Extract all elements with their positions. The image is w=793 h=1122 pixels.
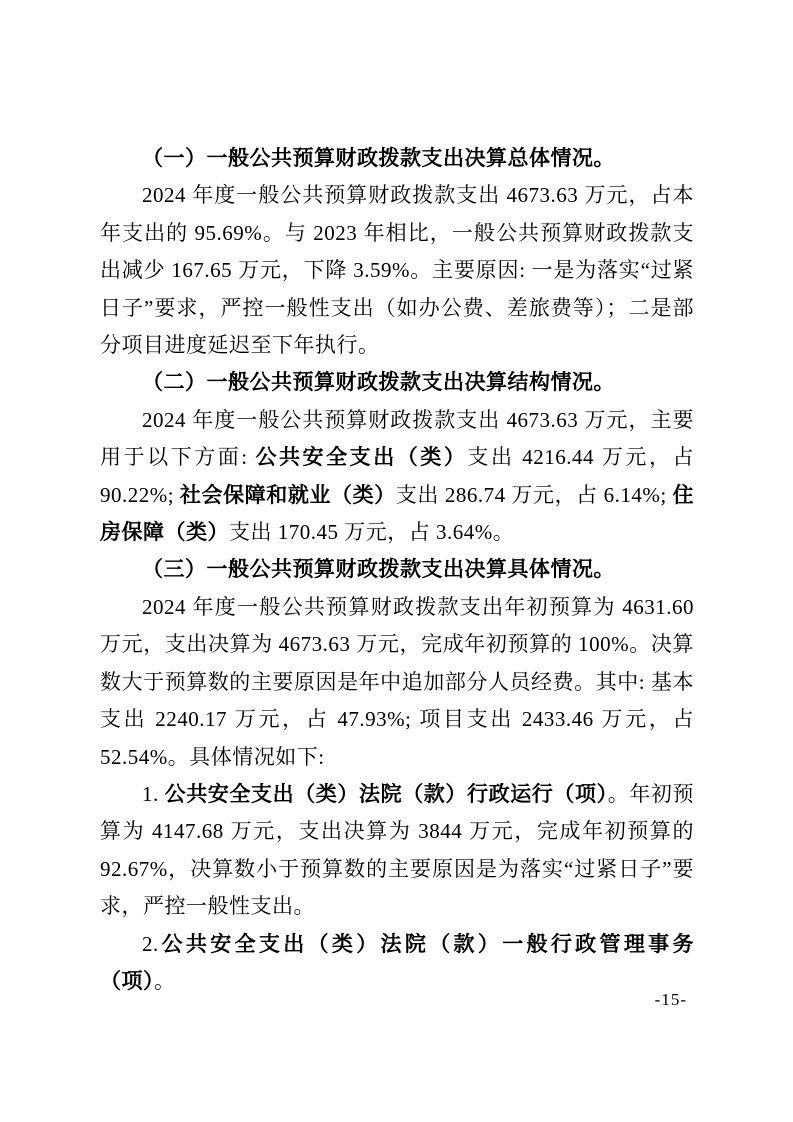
bold-text-run: （三）一般公共预算财政拨款支出决算具体情况。	[142, 558, 615, 581]
section-heading: （一）一般公共预算财政拨款支出决算总体情况。	[100, 140, 694, 177]
bold-text-run: 公共安全支出（类）法院（款）一般行政管理事务（项）	[100, 933, 694, 993]
bold-text-run: 公共安全支出（类）法院（款）行政运行（项）	[165, 783, 608, 806]
document-page: （一）一般公共预算财政拨款支出决算总体情况。2024 年度一般公共预算财政拨款支…	[0, 0, 793, 1122]
section-heading: （三）一般公共预算财政拨款支出决算具体情况。	[100, 551, 694, 588]
text-run: 2024 年度一般公共预算财政拨款支出年初预算为 4631.60 万元，支出决算…	[100, 595, 694, 769]
body-paragraph: 2024 年度一般公共预算财政拨款支出年初预算为 4631.60 万元，支出决算…	[100, 589, 694, 776]
bold-text-run: 社会保障和就业（类）	[180, 484, 396, 507]
bold-text-run: （二）一般公共预算财政拨款支出决算结构情况。	[142, 371, 615, 394]
section-heading: （二）一般公共预算财政拨款支出决算结构情况。	[100, 364, 694, 401]
text-run: 1.	[142, 782, 165, 806]
text-run: 2024 年度一般公共预算财政拨款支出 4673.63 万元，占本年支出的 95…	[100, 183, 694, 357]
body-paragraph: 2.公共安全支出（类）法院（款）一般行政管理事务（项）。	[100, 926, 694, 1001]
text-run: 支出 286.74 万元，占 6.14%;	[396, 483, 673, 507]
bold-text-run: 公共安全支出（类）	[255, 446, 467, 469]
text-run: 支出 170.45 万元，占 3.64%。	[229, 520, 514, 544]
text-run: 。	[154, 969, 176, 993]
body-paragraph: 1. 公共安全支出（类）法院（款）行政运行（项）。年初预算为 4147.68 万…	[100, 776, 694, 926]
body-paragraph: 2024 年度一般公共预算财政拨款支出 4673.63 万元，占本年支出的 95…	[100, 177, 694, 364]
bold-text-run: （一）一般公共预算财政拨款支出决算总体情况。	[142, 147, 615, 170]
text-run: 2.	[142, 932, 159, 956]
page-number: -15-	[655, 990, 687, 1010]
body-paragraph: 2024 年度一般公共预算财政拨款支出 4673.63 万元，主要用于以下方面:…	[100, 402, 694, 552]
document-body: （一）一般公共预算财政拨款支出决算总体情况。2024 年度一般公共预算财政拨款支…	[100, 140, 694, 1000]
